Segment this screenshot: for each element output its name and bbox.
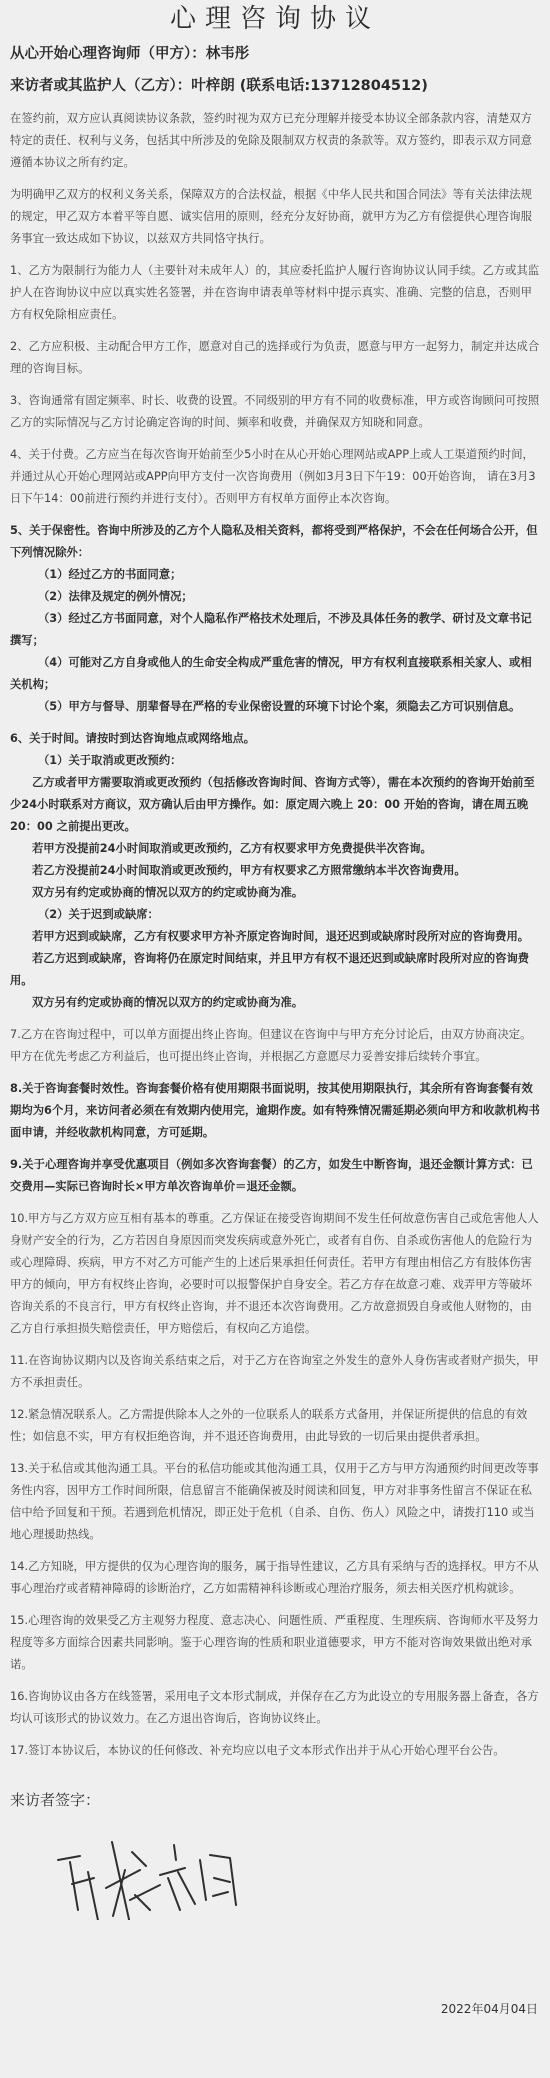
clause-2: 2、乙方应积极、主动配合甲方工作，愿意对自己的选择或行为负责，愿意与甲方一起努力… bbox=[10, 336, 540, 380]
clause-7: 7.乙方在咨询过程中，可以单方面提出终止咨询。但建议在咨询中与甲方充分讨论后，由… bbox=[10, 1024, 540, 1068]
clause-5-item-3: （3）经过乙方书面同意，对个人隐私作严格技术处理后，不涉及具体任务的教学、研讨及… bbox=[10, 608, 540, 652]
clause-6-sub2-line-1: 若甲方迟到或缺席，乙方有权要求甲方补齐原定咨询时间，退还迟到或缺席时段所对应的咨… bbox=[10, 926, 540, 948]
clause-12: 12.紧急情况联系人。乙方需提供除本人之外的一位联系人的联系方式备用，并保证所提… bbox=[10, 1404, 540, 1448]
clause-4: 4、关于付费。乙方应当在每次咨询开始前至少5小时在从心开始心理网站或APP上或人… bbox=[10, 444, 540, 510]
clause-13: 13.关于私信或其他沟通工具。平台的私信功能或其他沟通工具，仅用于乙方与甲方沟通… bbox=[10, 1458, 540, 1546]
party-a-line: 从心开始心理咨询师（甲方）：林韦彤 bbox=[10, 38, 540, 70]
clause-10: 10.甲方与乙方双方应互相有基本的尊重。乙方保证在接受咨询期间不发生任何故意伤害… bbox=[10, 1208, 540, 1340]
party-b-line: 来访者或其监护人（乙方）：叶梓朗 (联系电话:13712804512) bbox=[10, 70, 540, 102]
clause-6-sub1-line-3: 若乙方没提前24小时间取消或更改预约，甲方有权要求乙方照常缴纳本半次咨询费用。 bbox=[10, 860, 540, 882]
clause-5-heading: 5、关于保密性。咨询中所涉及的乙方个人隐私及相关资料，都将受到严格保护，不会在任… bbox=[10, 520, 540, 564]
clause-8: 8.关于咨询套餐时效性。咨询套餐价格有使用期限书面说明，按其使用期限执行，其余所… bbox=[10, 1078, 540, 1144]
handwritten-signature bbox=[50, 1800, 270, 1920]
clause-5-item-1: （1）经过乙方的书面同意； bbox=[10, 564, 540, 586]
clause-5-item-4: （4）可能对乙方自身或他人的生命安全构成严重危害的情况，甲方有权利直接联系相关家… bbox=[10, 652, 540, 696]
clause-17: 17.签订本协议后，本协议的任何修改、补充均应以电子文本形式作出并于从心开始心理… bbox=[10, 1740, 540, 1762]
clause-3: 3、咨询通常有固定频率、时长、收费的设置。不同级别的甲方有不同的收费标准，甲方或… bbox=[10, 390, 540, 434]
intro-paragraph-1: 在签约前，双方应认真阅读协议条款，签约时视为双方已充分理解并接受本协议全部条款内… bbox=[10, 108, 540, 174]
clause-6-sub2-title: （2）关于迟到或缺席： bbox=[10, 904, 540, 926]
clause-6-sub2-line-3: 双方另有约定或协商的情况以双方的约定或协商为准。 bbox=[10, 992, 540, 1014]
clause-14: 14.乙方知晓，甲方提供的仅为心理咨询的服务，属于指导性建议，乙方具有采纳与否的… bbox=[10, 1556, 540, 1600]
intro-paragraph-2: 为明确甲乙双方的权利义务关系，保障双方的合法权益，根据《中华人民共和国合同法》等… bbox=[10, 184, 540, 250]
clause-6-sub1-line-4: 双方另有约定或协商的情况以双方的约定或协商为准。 bbox=[10, 882, 540, 904]
clause-6-sub1-title: （1）关于取消或更改预约： bbox=[10, 750, 540, 772]
clause-6-time: 6、关于时间。请按时到达咨询地点或网络地点。 （1）关于取消或更改预约： 乙方或… bbox=[10, 728, 540, 1014]
clause-6-sub1-line-1: 乙方或者甲方需要取消或更改预约（包括修改咨询时间、咨询方式等），需在本次预约的咨… bbox=[10, 772, 540, 838]
clause-15: 15.心理咨询的效果受乙方主观努力程度、意志决心、问题性质、严重程度、生理疾病、… bbox=[10, 1610, 540, 1676]
signing-date: 2022年04月04日 bbox=[441, 2000, 538, 2017]
clause-5-confidentiality: 5、关于保密性。咨询中所涉及的乙方个人隐私及相关资料，都将受到严格保护，不会在任… bbox=[10, 520, 540, 718]
agreement-document: 心理咨询协议 从心开始心理咨询师（甲方）：林韦彤 来访者或其监护人（乙方）：叶梓… bbox=[0, 0, 550, 1812]
clause-6-heading: 6、关于时间。请按时到达咨询地点或网络地点。 bbox=[10, 728, 540, 750]
clause-6-sub2-line-2: 若乙方迟到或缺席，咨询将仍在原定时间结束，并且甲方有权不退还迟到或缺席时段所对应… bbox=[10, 948, 540, 992]
clause-6-sub1-line-2: 若甲方没提前24小时间取消或更改预约，乙方有权要求甲方免费提供半次咨询。 bbox=[10, 838, 540, 860]
clause-5-item-5: （5）甲方与督导、朋辈督导在严格的专业保密设置的环境下讨论个案，须隐去乙方可识别… bbox=[10, 696, 540, 718]
clause-16: 16.咨询协议由各方在线签署，采用电子文本形式制成，并保存在乙方为此设立的专用服… bbox=[10, 1686, 540, 1730]
clause-11: 11.在咨询协议期内以及咨询关系结束之后，对于乙方在咨询室之外发生的意外人身伤害… bbox=[10, 1350, 540, 1394]
clause-5-item-2: （2）法律及规定的例外情况； bbox=[10, 586, 540, 608]
document-title: 心理咨询协议 bbox=[10, 0, 540, 38]
clause-1: 1、乙方为限制行为能力人（主要针对未成年人）的，其应委托监护人履行咨询协议认同手… bbox=[10, 260, 540, 326]
clause-9: 9.关于心理咨询并享受优惠项目（例如多次咨询套餐）的乙方，如发生中断咨询，退还金… bbox=[10, 1154, 540, 1198]
